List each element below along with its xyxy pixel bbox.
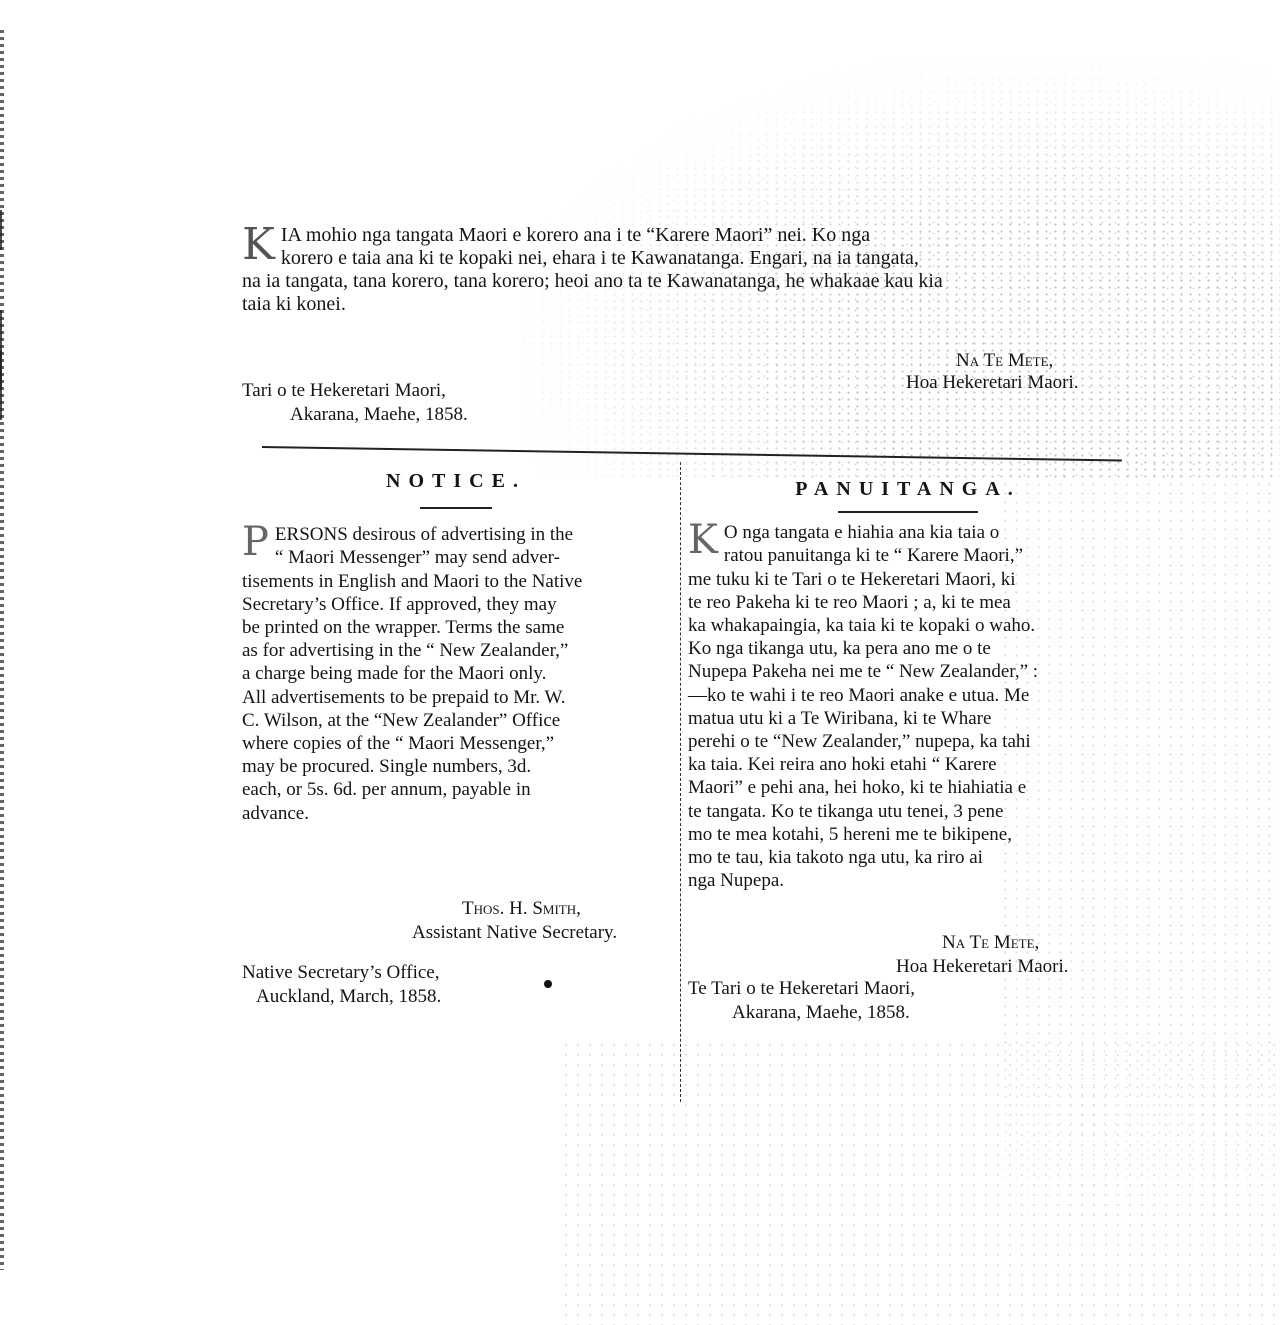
text-line: na ia tangata, tana korero, tana korero;…: [242, 270, 1127, 293]
text-line: Secretary’s Office. If approved, they ma…: [242, 593, 670, 616]
heading-rule: [420, 507, 492, 509]
text-line: IA mohio nga tangata Maori e korero ana …: [242, 224, 1127, 247]
text-line: Ko nga tikanga utu, ka pera ano me o te: [688, 637, 1128, 660]
top-notice-paragraph: K IA mohio nga tangata Maori e korero an…: [242, 224, 1127, 316]
english-office-line1: Native Secretary’s Office,: [242, 962, 439, 984]
top-notice: K IA mohio nga tangata Maori e korero an…: [242, 224, 1127, 316]
notice-maori-column: PANUITANGA. K O nga tangata e hiahia ana…: [688, 478, 1128, 892]
top-office-line1: Tari o te Hekeretari Maori,: [242, 380, 446, 402]
text-line: ERSONS desirous of advertising in the: [242, 523, 670, 546]
text-line: advance.: [242, 802, 670, 825]
drop-cap: P: [242, 525, 269, 559]
text-line: matua utu ki a Te Wiribana, ki te Whare: [688, 707, 1128, 730]
text-line: All advertisements to be prepaid to Mr. …: [242, 686, 670, 709]
text-line: —ko te wahi i te reo Maori anake e utua.…: [688, 684, 1128, 707]
text-line: Maori” e pehi ana, hei hoko, ki te hiahi…: [688, 776, 1128, 799]
english-signature-name: Thos. H. Smith,: [462, 898, 581, 920]
text-line: mo te tau, kia takoto nga utu, ka riro a…: [688, 846, 1128, 869]
text-line: may be procured. Single numbers, 3d.: [242, 755, 670, 778]
drop-cap: K: [688, 523, 718, 557]
english-signature-title: Assistant Native Secretary.: [412, 922, 617, 944]
heading-rule: [838, 511, 978, 513]
text-line: taia ki konei.: [242, 293, 1127, 316]
binding-mark: [0, 210, 14, 250]
maori-office-line1: Te Tari o te Hekeretari Maori,: [688, 978, 915, 1000]
text-line: Nupepa Pakeha nei me te “ New Zealander,…: [688, 660, 1128, 683]
text-line: me tuku ki te Tari o te Hekeretari Maori…: [688, 568, 1128, 591]
section-divider-rule: [262, 446, 1122, 462]
text-line: O nga tangata e hiahia ana kia taia o: [688, 521, 1128, 544]
text-line: “ Maori Messenger” may send adver-: [242, 546, 670, 569]
notice-english-body: P ERSONS desirous of advertising in the …: [242, 523, 670, 825]
panuitanga-heading: PANUITANGA.: [688, 478, 1128, 501]
text-line: ka whakapaingia, ka taia ki te kopaki o …: [688, 614, 1128, 637]
text-line: mo te mea kotahi, 5 hereni me te bikipen…: [688, 823, 1128, 846]
english-office-line2: Auckland, March, 1858.: [256, 986, 441, 1008]
text-line: te reo Pakeha ki te reo Maori ; a, ki te…: [688, 591, 1128, 614]
text-line: ka taia. Kei reira ano hoki etahi “ Kare…: [688, 753, 1128, 776]
maori-signature-title: Hoa Hekeretari Maori.: [896, 956, 1069, 978]
text-line: ratou panuitanga ki te “ Karere Maori,”: [688, 544, 1128, 567]
text-line: te tangata. Ko te tikanga utu tenei, 3 p…: [688, 800, 1128, 823]
notice-english-column: NOTICE. P ERSONS desirous of advertising…: [242, 470, 670, 825]
top-office-line2: Akarana, Maehe, 1858.: [290, 404, 468, 426]
text-line: nga Nupepa.: [688, 869, 1128, 892]
maori-office-line2: Akarana, Maehe, 1858.: [732, 1002, 910, 1024]
text-line: korero e taia ana ki te kopaki nei, ehar…: [242, 247, 1127, 270]
text-line: C. Wilson, at the “New Zealander” Office: [242, 709, 670, 732]
text-line: as for advertising in the “ New Zealande…: [242, 639, 670, 662]
text-line: a charge being made for the Maori only.: [242, 662, 670, 685]
notice-maori-body: K O nga tangata e hiahia ana kia taia o …: [688, 521, 1128, 892]
scan-noise-bottom: [560, 1040, 1280, 1325]
notice-heading: NOTICE.: [242, 470, 670, 493]
binding-mark: [0, 350, 14, 420]
top-signature-name: Na Te Mete,: [956, 350, 1053, 372]
ink-blot: [544, 980, 552, 988]
drop-cap: K: [242, 226, 275, 264]
text-line: tisements in English and Maori to the Na…: [242, 570, 670, 593]
text-line: each, or 5s. 6d. per annum, payable in: [242, 778, 670, 801]
text-line: be printed on the wrapper. Terms the sam…: [242, 616, 670, 639]
column-divider: [680, 462, 681, 1102]
top-signature-title: Hoa Hekeretari Maori.: [906, 372, 1079, 394]
maori-signature-name: Na Te Mete,: [942, 932, 1039, 954]
text-line: where copies of the “ Maori Messenger,”: [242, 732, 670, 755]
text-line: perehi o te “New Zealander,” nupepa, ka …: [688, 730, 1128, 753]
